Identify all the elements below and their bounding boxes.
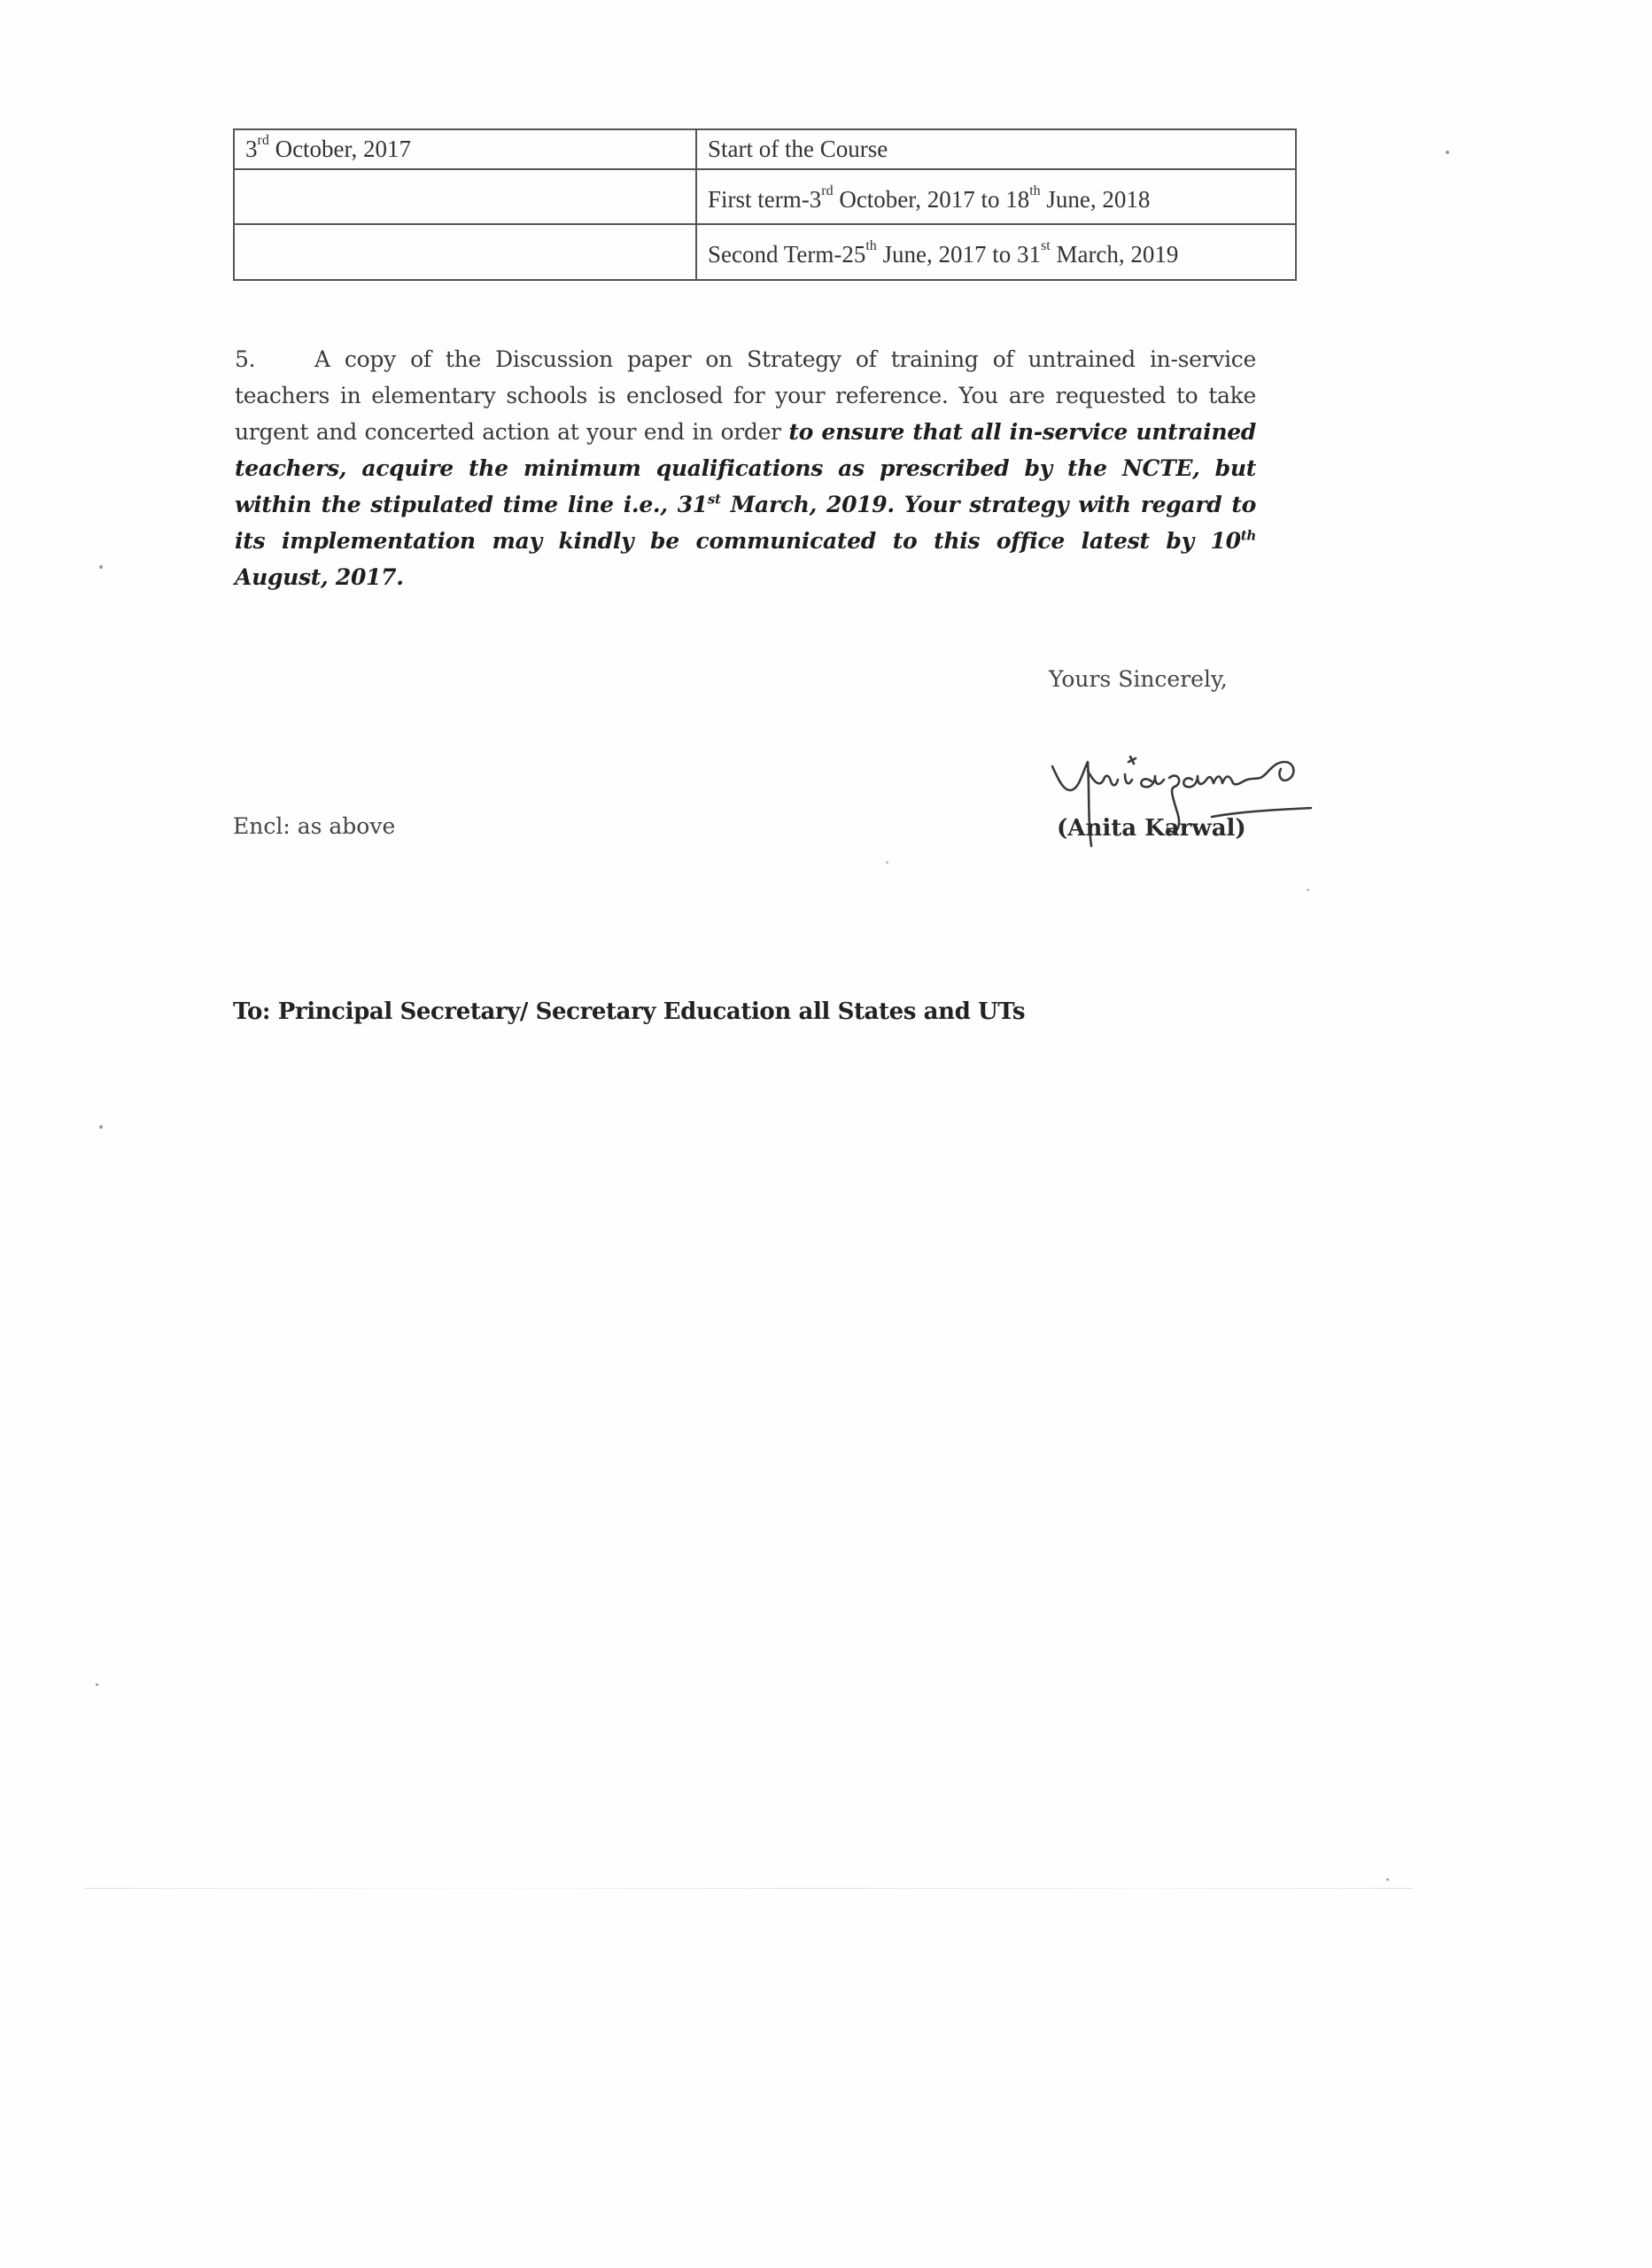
date-rest: October, 2017 — [269, 136, 411, 162]
schedule-date-cell: 3rd October, 2017 — [234, 129, 696, 169]
addressee-line: To: Principal Secretary/ Secretary Educa… — [233, 998, 1025, 1025]
schedule-date-cell — [234, 169, 696, 224]
scan-speck — [99, 565, 103, 569]
date-suffix: rd — [258, 133, 269, 148]
scan-speck — [96, 1683, 98, 1686]
scan-speck — [886, 861, 888, 864]
scan-speck — [1446, 151, 1449, 154]
schedule-event-cell: Second Term-25th June, 2017 to 31st Marc… — [696, 224, 1296, 280]
scan-artifact-line — [84, 1888, 1413, 1889]
paragraph-5: 5.A copy of the Discussion paper on Stra… — [235, 341, 1256, 595]
scan-speck — [99, 1125, 103, 1129]
event-text: June, 2018 — [1041, 186, 1151, 213]
event-text: First term-3 — [708, 186, 821, 213]
ordinal-suffix: th — [1029, 183, 1040, 198]
ordinal-suffix: st — [1041, 238, 1051, 253]
emphasis-text: August, 2017. — [235, 564, 404, 590]
table-row: First term-3rd October, 2017 to 18th Jun… — [234, 169, 1296, 224]
event-text: Second Term-25 — [708, 241, 865, 268]
closing-salutation: Yours Sincerely, — [1049, 666, 1228, 692]
date-day: 3 — [245, 136, 258, 162]
ordinal-suffix: th — [865, 238, 876, 253]
event-text: March, 2019 — [1051, 241, 1179, 268]
ordinal-suffix: th — [1241, 528, 1256, 544]
paragraph-number: 5. — [235, 341, 314, 377]
ordinal-suffix: st — [708, 492, 721, 508]
schedule-event-cell: First term-3rd October, 2017 to 18th Jun… — [696, 169, 1296, 224]
scan-speck — [1386, 1878, 1389, 1881]
signer-name: (Anita Karwal) — [1057, 815, 1246, 842]
table-row: 3rd October, 2017 Start of the Course — [234, 129, 1296, 169]
ordinal-suffix: rd — [821, 183, 833, 198]
table-row: Second Term-25th June, 2017 to 31st Marc… — [234, 224, 1296, 280]
document-page: 3rd October, 2017 Start of the Course Fi… — [0, 0, 1652, 2268]
event-text: October, 2017 to 18 — [834, 186, 1030, 213]
schedule-date-cell — [234, 224, 696, 280]
course-schedule-table: 3rd October, 2017 Start of the Course Fi… — [233, 128, 1297, 281]
schedule-event-cell: Start of the Course — [696, 129, 1296, 169]
scan-speck — [1307, 889, 1309, 891]
event-text: June, 2017 to 31 — [877, 241, 1041, 268]
enclosure-note: Encl: as above — [233, 813, 395, 839]
